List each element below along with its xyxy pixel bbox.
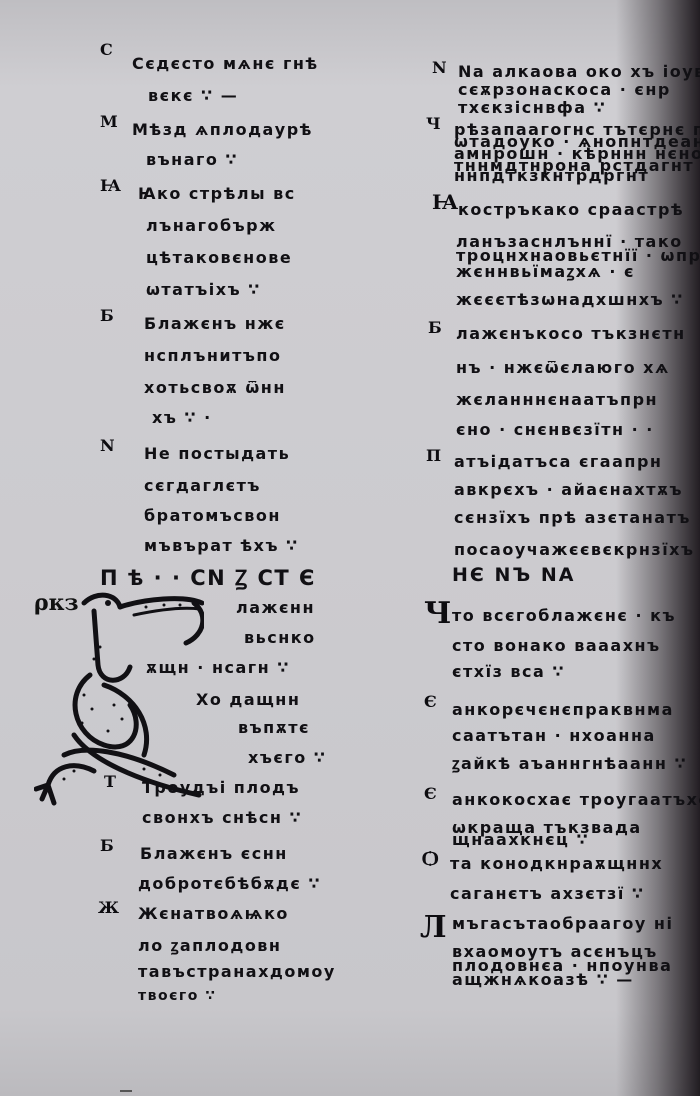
text-line: лънагобърж — [146, 216, 277, 235]
text-line: сєнзїхъ прѣ азєтанатъ — [454, 508, 691, 527]
text-line: жєєєтѣзѡнадхшнхъ ∵ — [456, 290, 684, 309]
text-line: посаоучажєєвєкрнзїхъ — [454, 540, 695, 559]
text-line: сєгдаглєтъ — [144, 476, 261, 495]
initial-letter: С — [100, 40, 113, 59]
initial-letter: Л — [420, 910, 447, 945]
text-line: добротєбѣбѫдє ∵ — [138, 874, 321, 893]
text-line: ащжнѧкоазѣ ∵ — — [452, 970, 634, 989]
text-line: хъєго ∵ — [248, 748, 326, 767]
initial-letter: Ꙗ — [100, 176, 121, 195]
text-line: атъідатъса єгаапрн — [454, 452, 662, 471]
text-line: Блажєнъ єснн — [140, 844, 288, 863]
text-line: анкокосхає троугаатъхє — [452, 790, 700, 809]
text-line: щнаахкнєц ∵ — [452, 830, 589, 849]
text-line: Ꙗко стрѣлы вс — [138, 184, 296, 203]
text-line: ѫщн · нсагн ∵ — [146, 658, 290, 677]
text-line: авкрєхъ · айаєнахтѫъ — [454, 480, 683, 499]
text-line: вєкє ∵ — — [148, 86, 238, 105]
initial-letter: Ж — [98, 898, 119, 917]
text-line: Хо дащнн — [196, 690, 300, 709]
text-line: анкорєчєнєпраквнма — [452, 700, 674, 719]
text-line: Сєдєсто мѧнє гнѣ — [132, 54, 319, 73]
text-line: то всєгоблажєнє · къ — [452, 606, 676, 625]
text-line: сєѫрзонаскоса · єнр — [458, 80, 671, 99]
initial-letter: М — [100, 112, 118, 131]
text-line: Не постыдать — [144, 444, 290, 463]
initial-letter: Ѻ — [422, 846, 438, 871]
initial-letter: Ч — [426, 114, 441, 133]
text-line: сто вонако вааахнъ — [452, 636, 661, 655]
text-line: вънаго ∵ — [146, 150, 238, 169]
initial-letter: Є — [424, 692, 437, 711]
text-line: лажєнъкосо тъкзнєтн — [456, 324, 686, 343]
text-line: жєланннєнаатъпрн — [456, 390, 658, 409]
initial-letter: Ꙗ — [432, 190, 458, 214]
text-line: цѣтаковєнове — [146, 248, 292, 267]
text-line: братомъсвон — [144, 506, 281, 525]
text-line: лажєнн — [236, 598, 315, 617]
text-line: вьснко — [244, 628, 316, 647]
initial-letter: Б — [428, 318, 442, 337]
text-line: Nа алкаова око хъ іоувсєтво · — [458, 62, 700, 81]
text-line: ꙁайкѣ аъаннгнѣаанн ∵ — [452, 752, 687, 774]
initial-letter: П — [426, 446, 441, 465]
text-line: въпѫтє — [238, 718, 310, 737]
text-line: нсплънитъпо — [144, 346, 281, 365]
manuscript-page: С Сєдєсто мѧнє гнѣ вєкє ∵ — М Мѣзд ѧплод… — [0, 0, 700, 1096]
text-line: Троудъі плодъ — [142, 778, 300, 797]
text-line: нъ · нжєѿєлаюго хѧ — [456, 358, 670, 377]
text-line: Мѣзд ѧплодаурѣ — [132, 120, 313, 139]
text-line: жєннвьїмаꙁхѧ · є — [456, 260, 635, 282]
text-line: мъвърат ѣхъ ∵ — [144, 536, 299, 555]
initial-letter: Ч — [424, 596, 451, 631]
text-line: Жєнатвоѧѩко — [138, 904, 289, 923]
text-line: НЄ NЪ NА — [452, 564, 575, 586]
text-line: ѡтатъіхъ ∵ — [146, 280, 261, 299]
text-line: мъгасътаобраагоу ні — [452, 914, 673, 933]
initial-letter: N — [100, 436, 115, 455]
initial-letter: Б — [100, 836, 114, 855]
text-line: свонхъ снѣсн ∵ — [142, 808, 302, 827]
initial-letter: Т — [104, 772, 116, 791]
text-line: тавъстранахдомоу — [138, 962, 336, 981]
text-line: та конодкнраѫщннх — [450, 854, 663, 873]
text-line: хотьсвоѫ ѿнн — [144, 378, 286, 397]
text-line: ннпдткзкнтрдргнт — [454, 166, 649, 185]
text-line: ло ꙁаплодовн — [138, 934, 282, 956]
text-line: саатътан · нхоанна — [452, 726, 656, 745]
text-line: єно · снєнвєзїтн · · — [456, 420, 654, 439]
page-mark — [120, 1090, 132, 1092]
text-line: костръкако сраастрѣ — [458, 200, 684, 219]
text-line: хъ ∵ · — [152, 408, 212, 427]
initial-letter: N — [432, 58, 447, 77]
text-line: саганєтъ ахзєтзї ∵ — [450, 884, 645, 903]
initial-letter: Б — [100, 306, 114, 325]
initial-letter: Є — [424, 784, 437, 803]
text-line: твоєго ∵ — [138, 988, 216, 1004]
text-line: єтхїз вса ∵ — [452, 662, 565, 681]
text-line: Блажєнъ нжє — [144, 314, 286, 333]
text-line: тхєкзіснвфа ∵ — [458, 98, 606, 117]
